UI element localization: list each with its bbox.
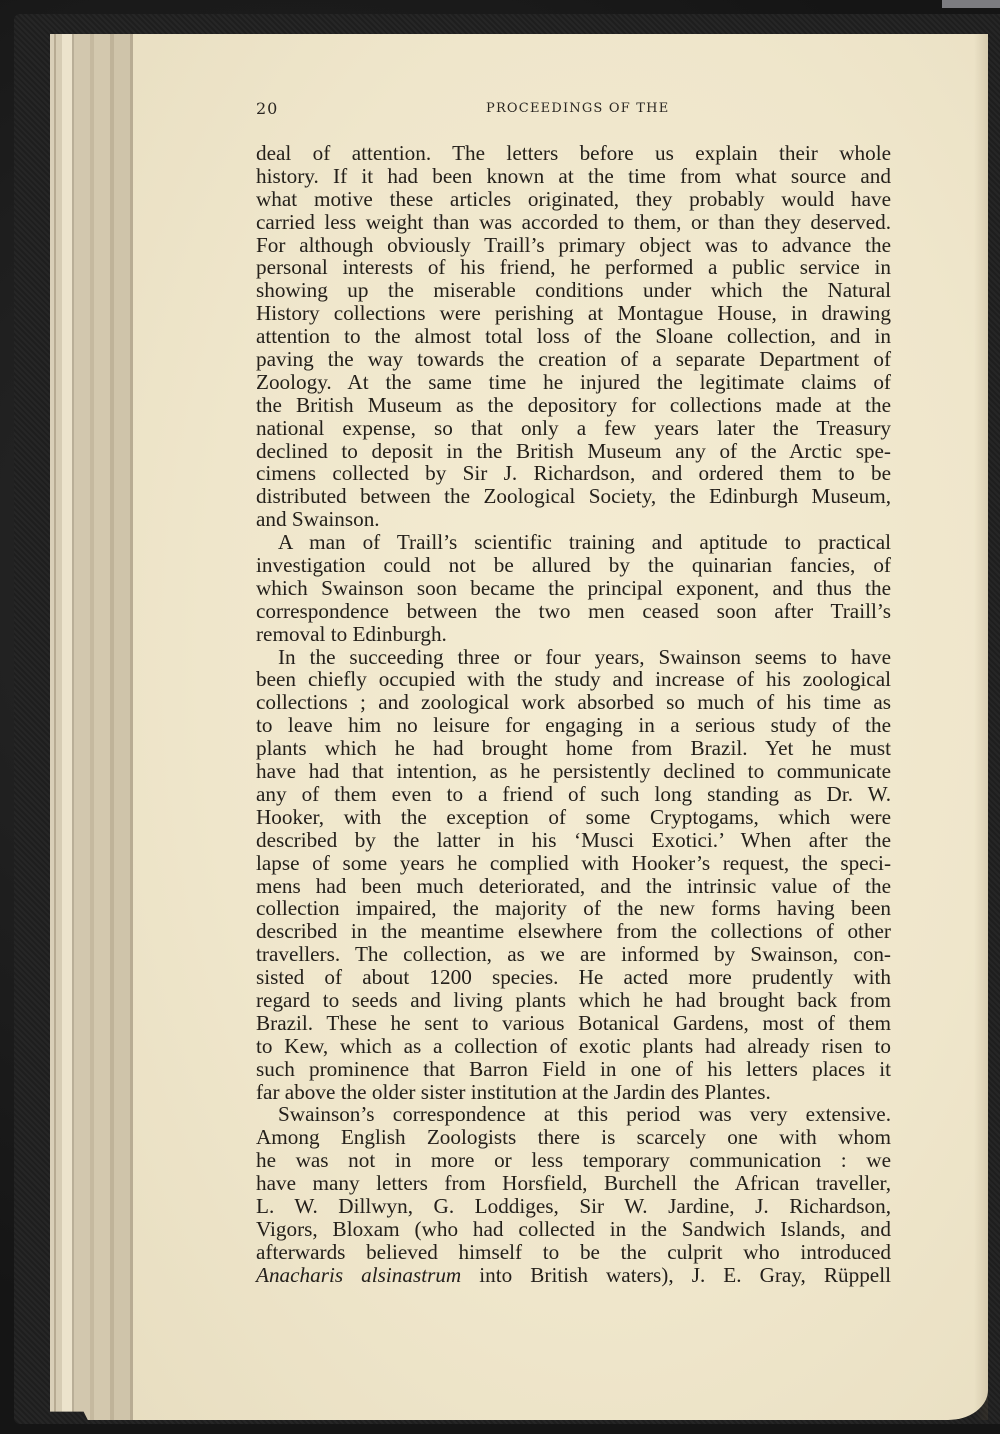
text-line: History collections were perishing at Mo… bbox=[256, 302, 891, 325]
text-fragment: into British waters), J. E. Gray, Rüppel… bbox=[461, 1263, 891, 1287]
text-line: what motive these articles originated, t… bbox=[256, 188, 891, 211]
text-line: travellers. The collection, as we are in… bbox=[256, 943, 891, 966]
text-line: Swainson’s correspondence at this period… bbox=[256, 1103, 891, 1126]
text-line: described by the latter in his ‘Musci Ex… bbox=[256, 829, 891, 852]
text-line: plants which he had brought home from Br… bbox=[256, 737, 891, 760]
text-line: showing up the miserable conditions unde… bbox=[256, 279, 891, 302]
text-line: Vigors, Bloxam (who had collected in the… bbox=[256, 1218, 891, 1241]
text-line: which Swainson soon became the principal… bbox=[256, 577, 891, 600]
text-line: collections ; and zoological work absorb… bbox=[256, 691, 891, 714]
page-edge-stack bbox=[50, 34, 134, 1420]
text-line: collection impaired, the majority of the… bbox=[256, 897, 891, 920]
text-line: Hooker, with the exception of some Crypt… bbox=[256, 806, 891, 829]
book-scan: 20 PROCEEDINGS OF THE deal of attention.… bbox=[0, 0, 1000, 1434]
species-name: Anacharis alsinastrum bbox=[256, 1263, 461, 1287]
cover-corner bbox=[942, 0, 1000, 8]
text-line: regard to seeds and living plants which … bbox=[256, 989, 891, 1012]
text-line: national expense, so that only a few yea… bbox=[256, 417, 891, 440]
text-line: cimens collected by Sir J. Richardson, a… bbox=[256, 462, 891, 485]
text-line: L. W. Dillwyn, G. Loddiges, Sir W. Jardi… bbox=[256, 1195, 891, 1218]
text-line: For although obviously Traill’s primary … bbox=[256, 234, 891, 257]
paragraph-1: deal of attention. The letters before us… bbox=[256, 142, 891, 531]
text-line: to leave him no leisure for engaging in … bbox=[256, 714, 891, 737]
paragraph-4: Swainson’s correspondence at this period… bbox=[256, 1103, 891, 1286]
text-line: sisted of about 1200 species. He acted m… bbox=[256, 966, 891, 989]
body-text: deal of attention. The letters before us… bbox=[256, 142, 891, 1287]
text-line: paving the way towards the creation of a… bbox=[256, 348, 891, 371]
text-line: removal to Edinburgh. bbox=[256, 623, 891, 646]
text-line: history. If it had been known at the tim… bbox=[256, 165, 891, 188]
text-line: mens had been much deteriorated, and the… bbox=[256, 875, 891, 898]
text-line: lapse of some years he complied with Hoo… bbox=[256, 852, 891, 875]
text-line-final: Anacharis alsinastrum into British water… bbox=[256, 1264, 891, 1287]
text-line: investigation could not be allured by th… bbox=[256, 554, 891, 577]
paragraph-2: A man of Traill’s scientific training an… bbox=[256, 531, 891, 645]
book-page: 20 PROCEEDINGS OF THE deal of attention.… bbox=[133, 34, 988, 1420]
page-number: 20 bbox=[256, 99, 278, 118]
text-line: personal interests of his friend, he per… bbox=[256, 256, 891, 279]
text-line: distributed between the Zoological Socie… bbox=[256, 485, 891, 508]
text-line: In the succeeding three or four years, S… bbox=[256, 646, 891, 669]
text-line: and Swainson. bbox=[256, 508, 891, 531]
text-line: any of them even to a friend of such lon… bbox=[256, 783, 891, 806]
text-line: the British Museum as the depository for… bbox=[256, 394, 891, 417]
text-line: Zoology. At the same time he injured the… bbox=[256, 371, 891, 394]
running-head: 20 PROCEEDINGS OF THE bbox=[256, 99, 896, 121]
text-line: far above the older sister institution a… bbox=[256, 1081, 891, 1104]
text-line: carried less weight than was accorded to… bbox=[256, 211, 891, 234]
text-line: have had that intention, as he persisten… bbox=[256, 760, 891, 783]
text-line: declined to deposit in the British Museu… bbox=[256, 440, 891, 463]
text-line: attention to the almost total loss of th… bbox=[256, 325, 891, 348]
text-line: correspondence between the two men cease… bbox=[256, 600, 891, 623]
text-line: deal of attention. The letters before us… bbox=[256, 142, 891, 165]
text-line: afterwards believed himself to be the cu… bbox=[256, 1241, 891, 1264]
text-line: described in the meantime elsewhere from… bbox=[256, 920, 891, 943]
text-line: have many letters from Horsfield, Burche… bbox=[256, 1172, 891, 1195]
text-line: A man of Traill’s scientific training an… bbox=[256, 531, 891, 554]
text-line: such prominence that Barron Field in one… bbox=[256, 1058, 891, 1081]
text-line: Brazil. These he sent to various Botanic… bbox=[256, 1012, 891, 1035]
text-line: Among English Zoologists there is scarce… bbox=[256, 1126, 891, 1149]
running-title: PROCEEDINGS OF THE bbox=[486, 101, 669, 116]
text-line: he was not in more or less temporary com… bbox=[256, 1149, 891, 1172]
text-line: been chiefly occupied with the study and… bbox=[256, 668, 891, 691]
text-line: to Kew, which as a collection of exotic … bbox=[256, 1035, 891, 1058]
paragraph-3: In the succeeding three or four years, S… bbox=[256, 646, 891, 1104]
